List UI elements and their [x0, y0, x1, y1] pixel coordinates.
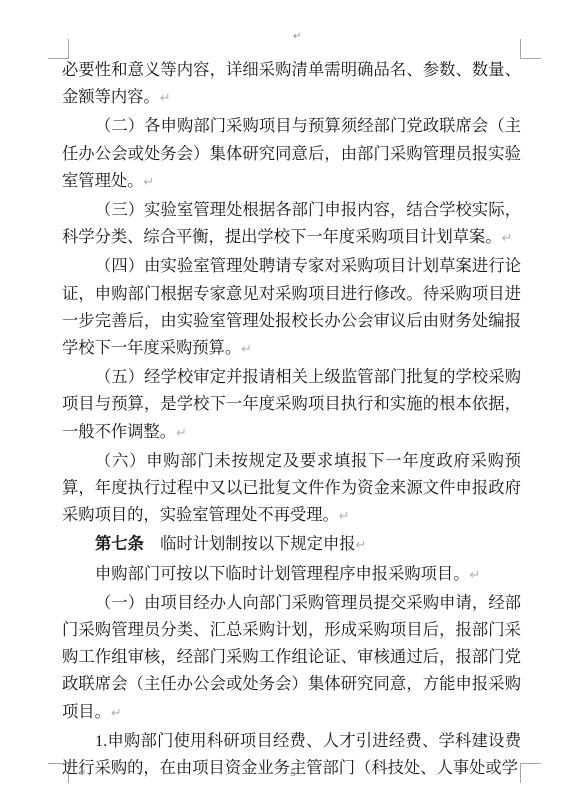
paragraph[interactable]: （一）由项目经办人向部门采购管理员提交采购申请，经部门采购管理员分类、汇总采购计…	[62, 589, 521, 727]
paragraph-text: （三）实验室管理处根据各部门申报内容，结合学校实际，科学分类、综合平衡，提出学校…	[62, 200, 521, 246]
paragraph-mark: ↵	[176, 426, 187, 441]
header-paragraph-mark: ↵	[293, 31, 301, 42]
paragraph-text: （一）由项目经办人向部门采购管理员提交采购申请，经部门采购管理员分类、汇总采购计…	[62, 593, 521, 721]
paragraph[interactable]: （六）申购部门未按规定及要求填报下一年度政府采购预算，年度执行过程中又以已批复文…	[62, 447, 521, 531]
paragraph[interactable]: （五）经学校审定并报请相关上级监管部门批复的学校采购项目与预算，是学校下一年度采…	[62, 363, 521, 447]
paragraph-text: 必要性和意义等内容，详细采购清单需明确品名、参数、数量、金额等内容。	[62, 60, 521, 106]
paragraph[interactable]: （三）实验室管理处根据各部门申报内容，结合学校实际，科学分类、综合平衡，提出学校…	[62, 196, 521, 252]
document-body[interactable]: 必要性和意义等内容，详细采购清单需明确品名、参数、数量、金额等内容。↵（二）各申…	[62, 56, 521, 781]
paragraph[interactable]: 必要性和意义等内容，详细采购清单需明确品名、参数、数量、金额等内容。↵	[62, 56, 521, 112]
paragraph-text: （四）由实验室管理处聘请专家对采购项目计划草案进行论证，申购部门根据专家意见对采…	[62, 256, 521, 357]
paragraph-mark: ↵	[469, 568, 480, 583]
paragraph-text: （二）各申购部门采购项目与预算须经部门党政联席会（主任办公会或处务会）集体研究同…	[62, 116, 521, 189]
paragraph-text: 申购部门可按以下临时计划管理程序申报采购项目。	[95, 564, 469, 583]
paragraph-mark: ↵	[111, 706, 122, 721]
text-boundary-mark-top-right	[520, 39, 541, 59]
paragraph[interactable]: （二）各申购部门采购项目与预算须经部门党政联席会（主任办公会或处务会）集体研究同…	[62, 112, 521, 196]
paragraph-mark: ↵	[143, 175, 154, 190]
document-page: ↵ 必要性和意义等内容，详细采购清单需明确品名、参数、数量、金额等内容。↵（二）…	[0, 0, 587, 793]
paragraph-mark: ↵	[339, 509, 350, 524]
paragraph[interactable]: 第七条 临时计划制按以下规定申报↵	[62, 530, 521, 559]
paragraph[interactable]: 申购部门可按以下临时计划管理程序申报采购项目。↵	[62, 560, 521, 589]
paragraph-text: （六）申购部门未按规定及要求填报下一年度政府采购预算，年度执行过程中又以已批复文…	[62, 451, 521, 524]
paragraph-text: （五）经学校审定并报请相关上级监管部门批复的学校采购项目与预算，是学校下一年度采…	[62, 367, 521, 440]
paragraph[interactable]: （四）由实验室管理处聘请专家对采购项目计划草案进行论证，申购部门根据专家意见对采…	[62, 252, 521, 363]
paragraph-mark: ↵	[356, 538, 367, 553]
paragraph-mark: ↵	[241, 342, 252, 357]
paragraph-mark: ↵	[160, 91, 171, 106]
paragraph-mark: ↵	[502, 231, 513, 246]
page-number: - 5 -	[0, 768, 587, 779]
clause-heading-text: 第七条	[95, 534, 144, 553]
paragraph-text: 临时计划制按以下规定申报	[144, 534, 356, 553]
